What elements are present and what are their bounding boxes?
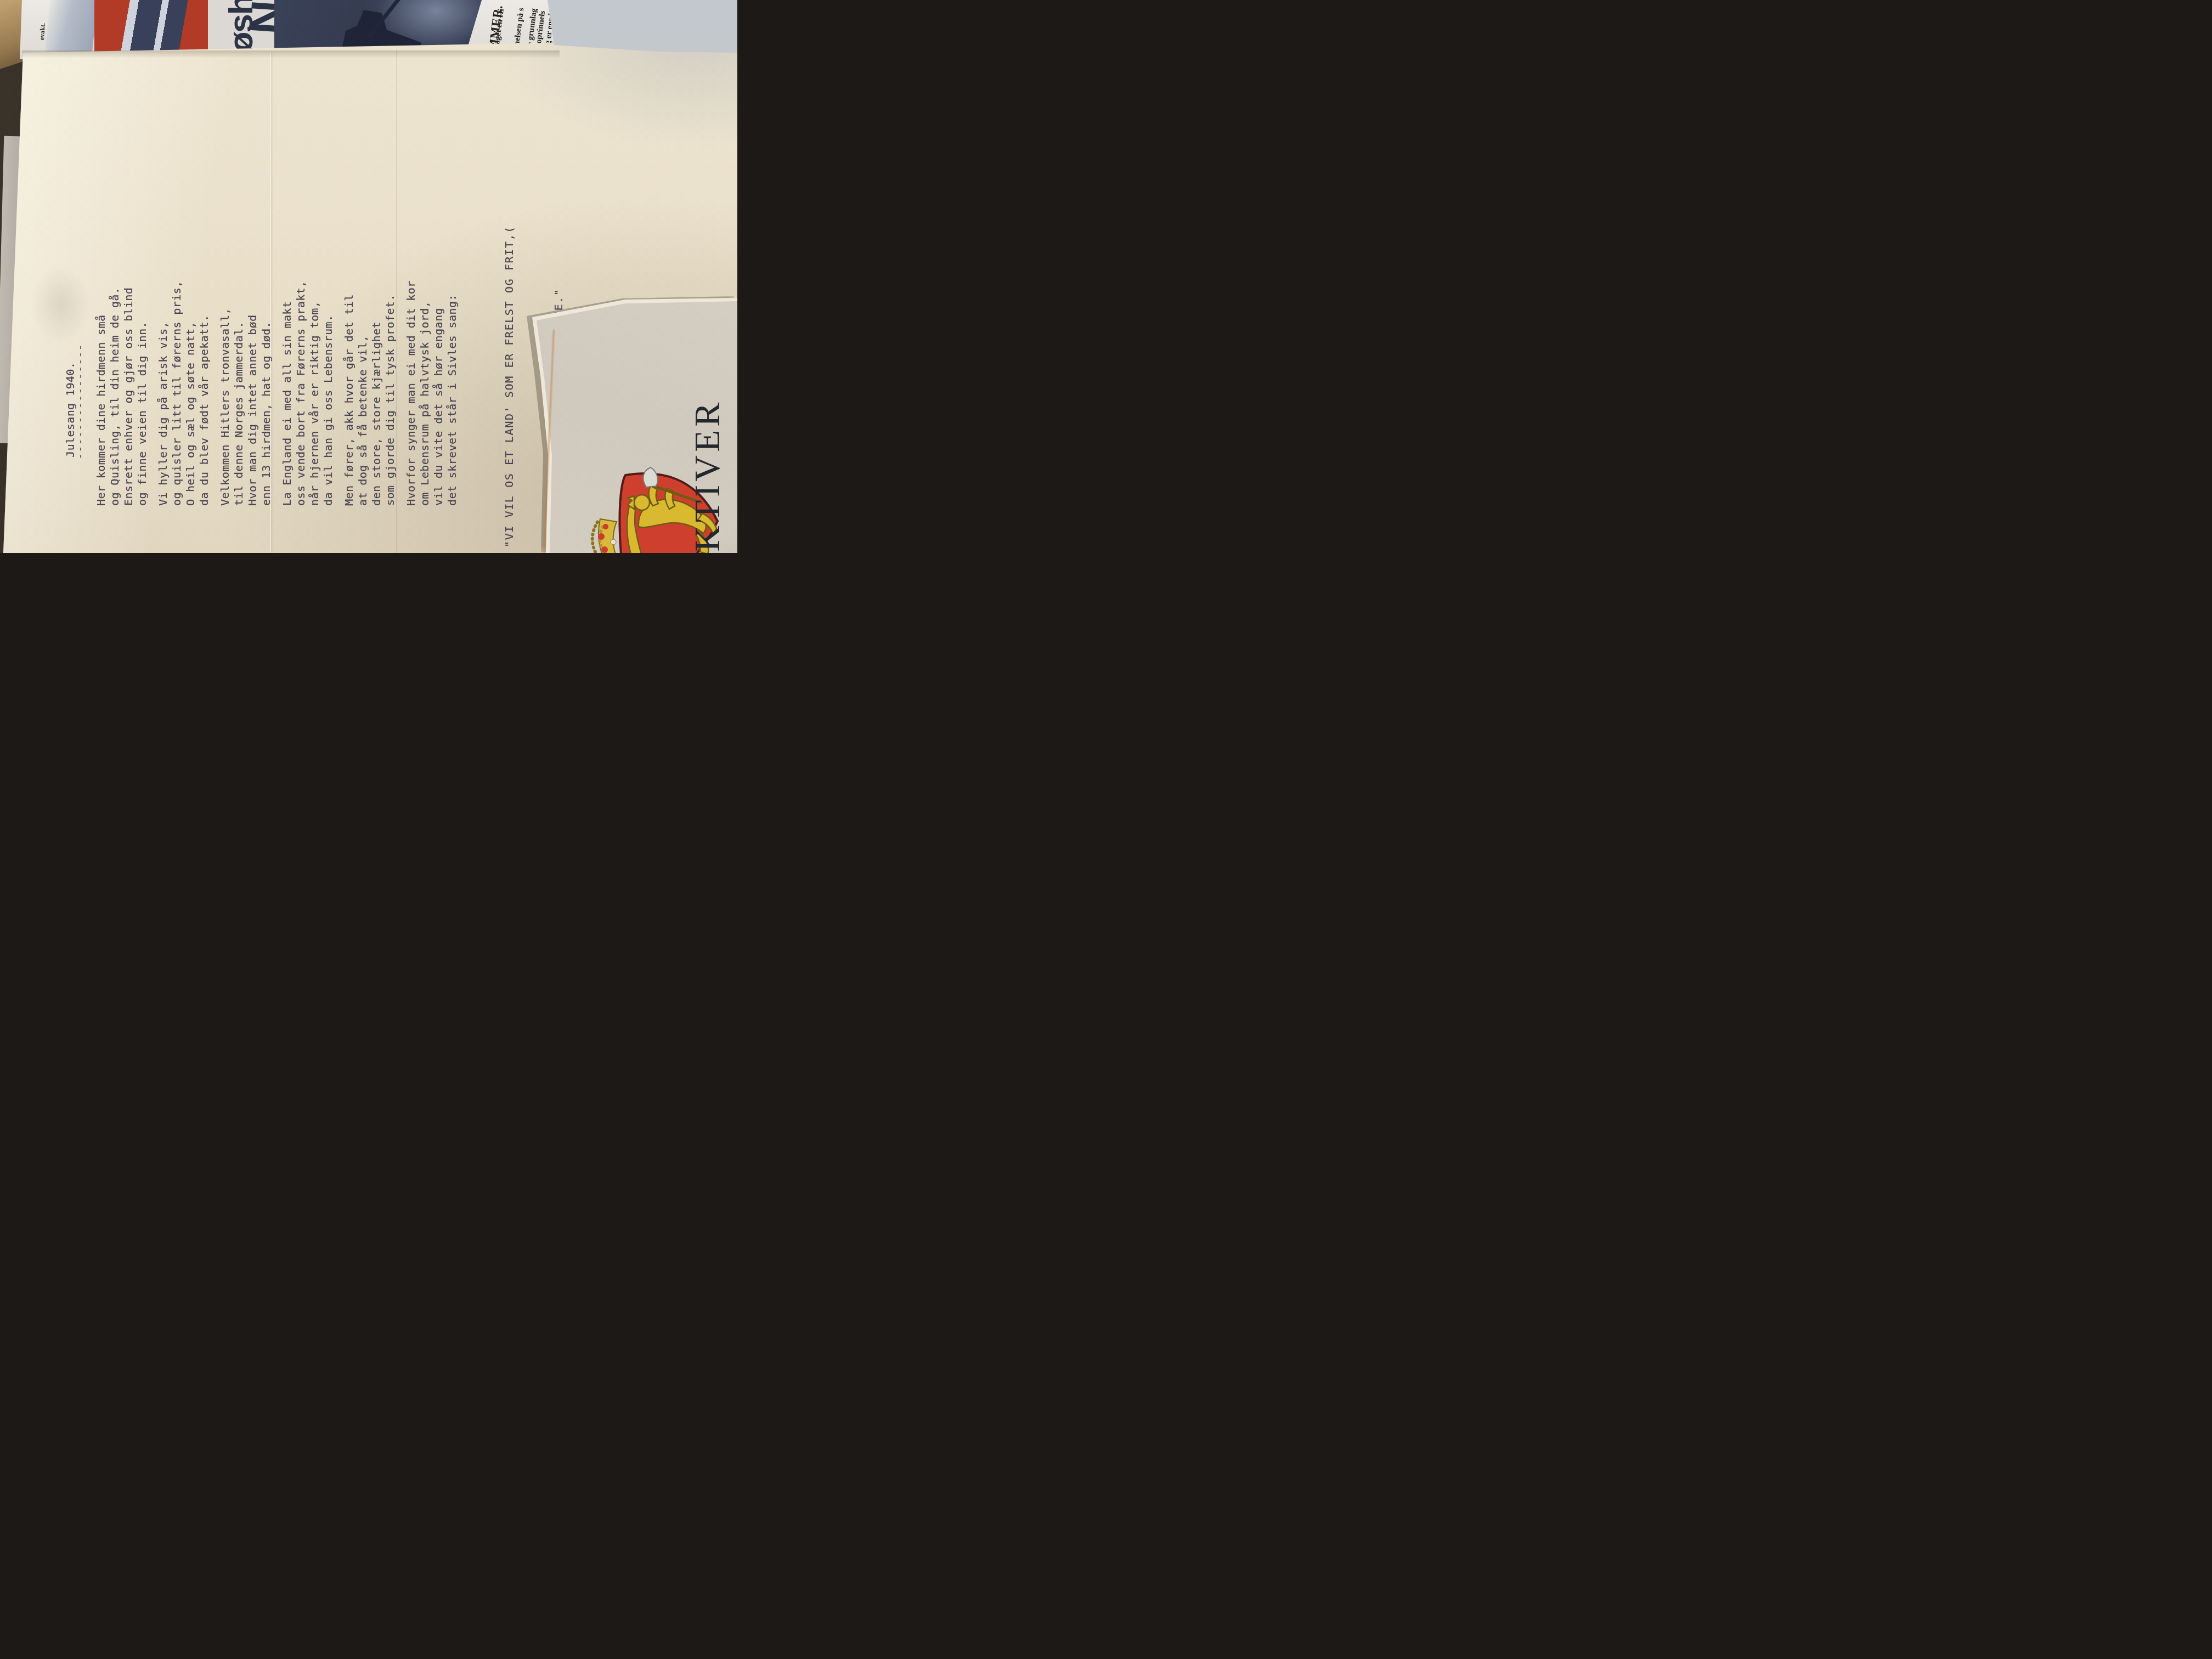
page-edge-shadow — [22, 50, 560, 58]
poem-line: om Lebensrum på halvtysk jord, — [418, 207, 432, 506]
poem-stanza: Velkommen Hitlers tronvasall, til denne … — [218, 207, 273, 506]
photo-frame: evakt. øsh N MMER. aget en Hi gnelsen på… — [0, 0, 737, 553]
poem-line: Velkommen Hitlers tronvasall, — [218, 207, 232, 506]
cover-masthead-letters: EKTIVER — [680, 379, 737, 553]
poem-stanza: Men fører, akk hvor går det til at dog s… — [342, 207, 397, 506]
crown-icon — [592, 519, 621, 553]
poem-stanza: Hvorfor synger man ei med dit kor om Leb… — [404, 207, 459, 506]
poem-stanza: Her kommer dine hirdmenn små og Quisling… — [94, 207, 149, 506]
poem-line: Men fører, akk hvor går det til — [342, 207, 356, 506]
poem-line: til denne Norges jammerdal. — [232, 207, 246, 506]
poem-line: Hvorfor synger man ei med dit kor — [404, 207, 418, 506]
poem-line: det skrevet står i Sivles sang: — [445, 207, 459, 506]
poem-line: Hvor man dig intet annet bød — [246, 207, 259, 506]
poem-region: Julesang 1940. ---------------- Her komm… — [64, 207, 508, 548]
masthead-text: EKTIVER — [687, 399, 727, 553]
poem-line: den store, store kjærlighet — [370, 207, 383, 506]
poem-rotated-text: Julesang 1940. ---------------- Her komm… — [64, 207, 508, 548]
poem-line: oss vende bort fra Førerns prakt, — [294, 207, 308, 506]
poem-line: O heil og sæl og søte natt, — [184, 207, 198, 506]
masthead-region: EKTIVER — [680, 379, 737, 553]
poem-line: at dog så få betenke vil, — [356, 207, 370, 506]
poem-line: som gjorde dig til tysk profet. — [383, 207, 397, 506]
poem-quote-line: "VI VIL OS ET LAND' SOM ER FRELST OG FRI… — [501, 207, 517, 548]
poem-line: Ensrett enhver og gjør oss blind — [122, 207, 136, 506]
poem-line: og finne veien til dig inn. — [136, 207, 149, 506]
newspaper-caption: evakt. — [24, 15, 63, 54]
poem-line: da du blev født vår apekatt. — [198, 207, 211, 506]
poem-line: enn 13 hirdmen, hat og død. — [259, 207, 273, 506]
poem-line: når hjernen vår er riktig tom, — [308, 207, 321, 506]
poem-stanza: Vi hyller dig på arisk vis, og quisler l… — [156, 207, 211, 506]
poem-line: vil du vite det så hør engang — [432, 207, 445, 506]
poem-line: La England ei med all sin makt — [280, 207, 294, 506]
poem-line: Vi hyller dig på arisk vis, — [156, 207, 170, 506]
poem-stanza: La England ei med all sin makt oss vende… — [280, 207, 335, 506]
newspaper-caption-text: evakt. — [38, 23, 47, 41]
poem-line: og quisler litt til førerns pris, — [170, 207, 184, 506]
poem-line: da vil han gi oss Lebensrum. — [321, 207, 335, 506]
poem-line: og Quisling, til din heim de gå. — [108, 207, 122, 506]
poem-line: Her kommer dine hirdmenn små — [94, 207, 108, 506]
poem-title-underline: ---------------- — [74, 207, 87, 460]
